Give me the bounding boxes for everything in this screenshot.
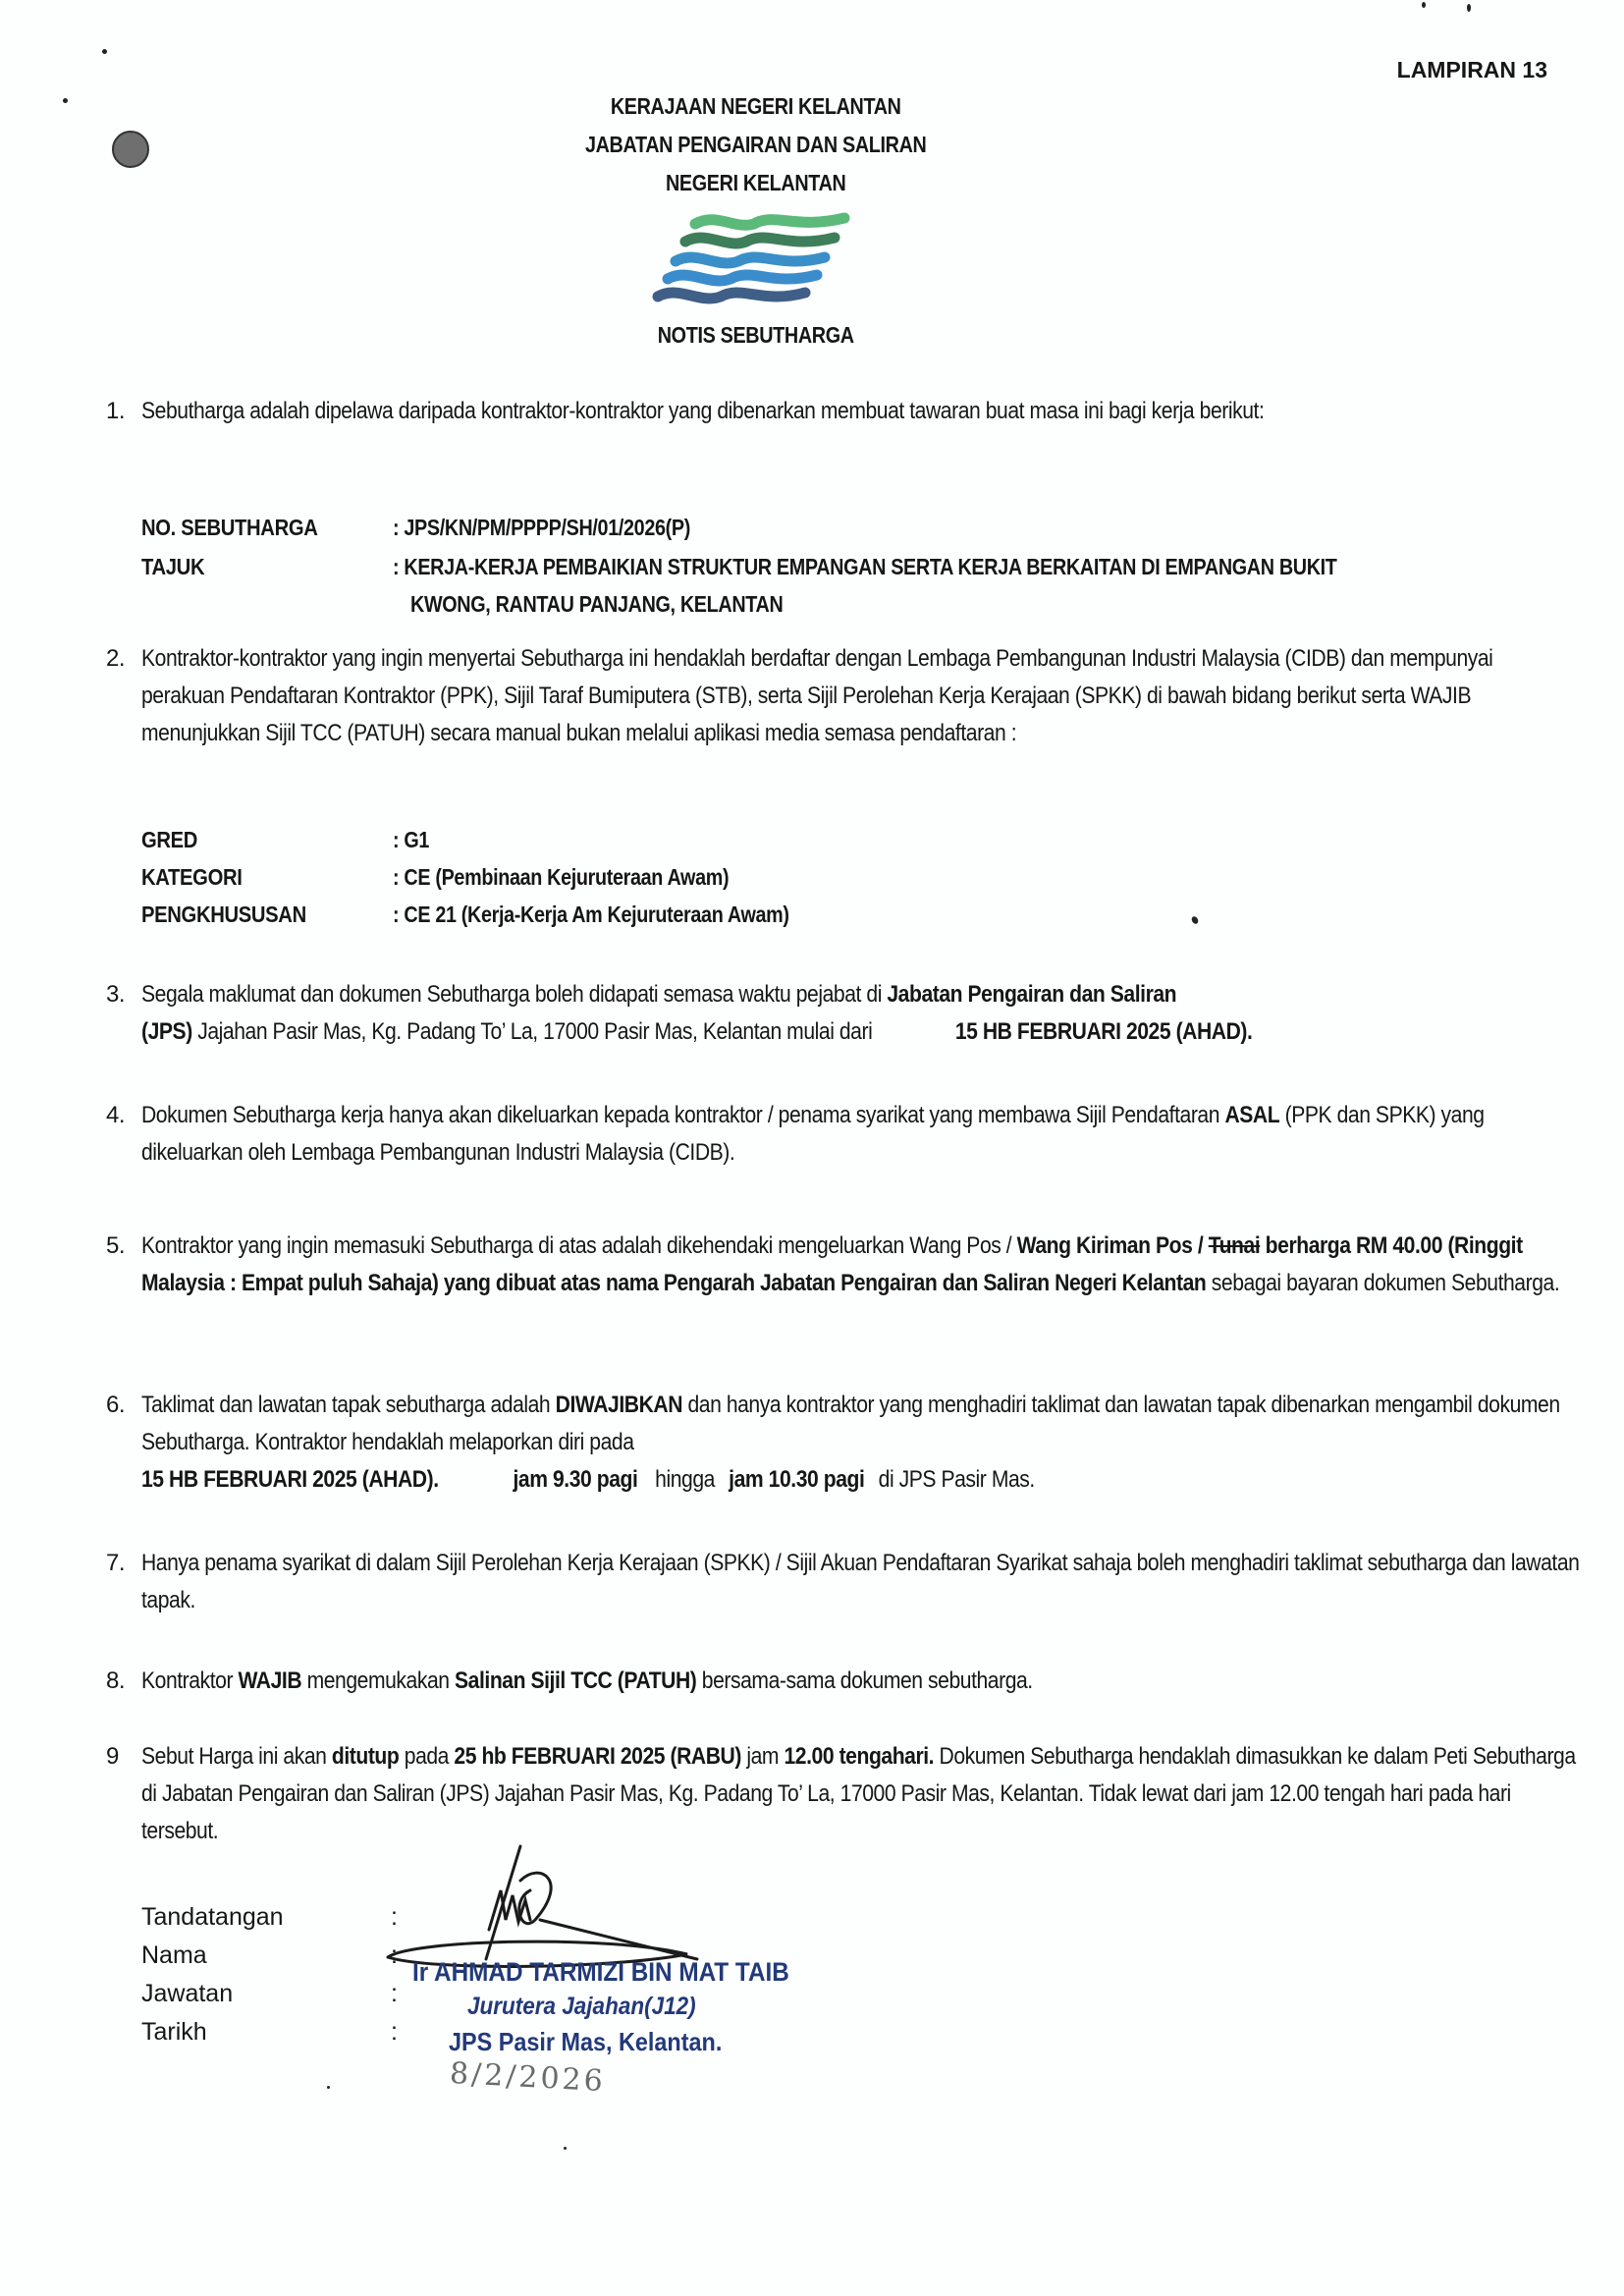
signature-label: Tandatangan <box>141 1898 397 1937</box>
paragraph-1: 1. Sebutharga adalah dipelawa daripada k… <box>106 393 1549 430</box>
paragraph-3: 3. Segala maklumat dan dokumen Sebutharg… <box>106 976 1549 1051</box>
project-title-label: TAJUK <box>141 548 357 585</box>
paragraph-number: 7. <box>106 1545 141 1582</box>
emphasis: WAJIB <box>238 1667 301 1694</box>
paragraph-number: 5. <box>106 1228 141 1265</box>
paragraph-text: Kontraktor yang ingin memasuki Sebutharg… <box>141 1228 1580 1302</box>
category-value: : CE (Pembinaan Kejuruteraan Awam) <box>393 858 1490 896</box>
emphasis: ASAL <box>1224 1102 1279 1128</box>
briefing-date: 15 HB FEBRUARI 2025 (AHAD). <box>141 1466 439 1493</box>
briefing-place: di JPS Pasir Mas. <box>879 1466 1035 1493</box>
paragraph-number: 8. <box>106 1663 141 1700</box>
text: pada <box>399 1743 454 1770</box>
paragraph-text: Sebutharga adalah dipelawa daripada kont… <box>141 393 1580 430</box>
paragraph-number: 9 <box>106 1738 141 1776</box>
date-label: Tarikh <box>141 2013 397 2051</box>
emphasis: ditutup <box>332 1743 399 1770</box>
header-line-3: NEGERI KELANTAN <box>106 170 1406 196</box>
handwritten-date: 8/2/2026 <box>449 2056 606 2099</box>
colon: : <box>391 2013 398 2051</box>
name-label: Nama <box>141 1937 397 1975</box>
paragraph-8: 8. Kontraktor WAJIB mengemukakan Salinan… <box>106 1663 1549 1700</box>
specialisation-value: : CE 21 (Kerja-Kerja Am Kejuruteraan Awa… <box>393 896 1490 933</box>
quotation-number-value: : JPS/KN/PM/PPPP/SH/01/2026(P) <box>393 509 1490 546</box>
project-title-value: : KERJA-KERJA PEMBAIKIAN STRUKTUR EMPANG… <box>393 548 1490 585</box>
text: Jajahan Pasir Mas, Kg. Padang To’ La, 17… <box>192 1018 873 1045</box>
project-title-value-cont: KWONG, RANTAU PANJANG, KELANTAN <box>410 585 1508 623</box>
specialisation-label: PENGKHUSUSAN <box>141 896 357 933</box>
paragraph-number: 1. <box>106 393 141 430</box>
closing-date: 25 hb FEBRUARI 2025 (RABU) <box>454 1743 741 1770</box>
text: sebagai bayaran dokumen Sebutharga. <box>1206 1270 1559 1296</box>
paragraph-number: 6. <box>106 1387 141 1424</box>
header-line-1: KERAJAAN NEGERI KELANTAN <box>106 93 1406 120</box>
document-page: LAMPIRAN 13 KERAJAAN NEGERI KELANTAN JAB… <box>0 0 1624 2296</box>
office-abbr: (JPS) <box>141 1018 192 1045</box>
stamp-office: JPS Pasir Mas, Kelantan. <box>449 2027 722 2057</box>
scan-speck <box>564 2147 567 2150</box>
notice-title: NOTIS SEBUTHARGA <box>106 322 1406 349</box>
paragraph-text: Segala maklumat dan dokumen Sebutharga b… <box>141 976 1580 1051</box>
paragraph-7: 7. Hanya penama syarikat di dalam Sijil … <box>106 1545 1549 1619</box>
emphasis: DIWAJIBKAN <box>556 1392 682 1418</box>
briefing-time-start: jam 9.30 pagi <box>513 1466 637 1493</box>
header-line-2: JABATAN PENGAIRAN DAN SALIRAN <box>106 132 1406 158</box>
text: Kontraktor yang ingin memasuki Sebutharg… <box>141 1232 1017 1259</box>
text: Sebut Harga ini akan <box>141 1743 332 1770</box>
scan-speck <box>1467 4 1471 12</box>
scan-speck <box>102 49 107 54</box>
payment-method: Wang Kiriman Pos / <box>1017 1232 1209 1259</box>
text: jam <box>741 1743 785 1770</box>
scan-speck <box>63 98 68 103</box>
paragraph-text: Taklimat dan lawatan tapak sebutharga ad… <box>141 1387 1580 1499</box>
paragraph-2: 2. Kontraktor-kontraktor yang ingin meny… <box>106 640 1549 752</box>
text: Taklimat dan lawatan tapak sebutharga ad… <box>141 1392 556 1418</box>
struck-payment-method: Tunai <box>1209 1232 1261 1259</box>
position-label: Jawatan <box>141 1975 397 2013</box>
paragraph-text: Dokumen Sebutharga kerja hanya akan dike… <box>141 1097 1580 1172</box>
attachment-label: LAMPIRAN 13 <box>1397 57 1547 83</box>
paragraph-9: 9 Sebut Harga ini akan ditutup pada 25 h… <box>106 1738 1549 1850</box>
text: Dokumen Sebutharga kerja hanya akan dike… <box>141 1102 1224 1128</box>
paragraph-text: Kontraktor WAJIB mengemukakan Salinan Si… <box>141 1663 1580 1700</box>
paragraph-number: 2. <box>106 640 141 678</box>
paragraph-text: Hanya penama syarikat di dalam Sijil Per… <box>141 1545 1580 1619</box>
paragraph-text: Kontraktor-kontraktor yang ingin menyert… <box>141 640 1580 752</box>
paragraph-5: 5. Kontraktor yang ingin memasuki Sebuth… <box>106 1228 1549 1302</box>
scan-speck <box>327 2086 330 2089</box>
stamp-position: Jurutera Jajahan(J12) <box>467 1993 696 2021</box>
scan-speck <box>1422 2 1426 8</box>
paragraph-text: Sebut Harga ini akan ditutup pada 25 hb … <box>141 1738 1580 1850</box>
paragraph-6: 6. Taklimat dan lawatan tapak sebutharga… <box>106 1387 1549 1499</box>
grade-value: : G1 <box>393 821 1490 858</box>
colon: : <box>391 1975 398 2013</box>
category-label: KATEGORI <box>141 858 357 896</box>
paragraph-4: 4. Dokumen Sebutharga kerja hanya akan d… <box>106 1097 1549 1172</box>
text: hingga <box>655 1466 715 1493</box>
quotation-number-label: NO. SEBUTHARGA <box>141 509 357 546</box>
text: mengemukakan <box>301 1667 455 1694</box>
grade-label: GRED <box>141 821 357 858</box>
jps-logo-icon <box>648 206 854 314</box>
paragraph-number: 4. <box>106 1097 141 1134</box>
briefing-time-end: jam 10.30 pagi <box>729 1466 864 1493</box>
paragraph-number: 3. <box>106 976 141 1013</box>
signature-scribble-icon <box>373 1841 766 1969</box>
document-availability-date: 15 HB FEBRUARI 2025 (AHAD). <box>955 1018 1253 1045</box>
text: bersama-sama dokumen sebutharga. <box>696 1667 1032 1694</box>
stamp-name: Ir AHMAD TARMIZI BIN MAT TAIB <box>412 1957 789 1988</box>
emphasis: Salinan Sijil TCC (PATUH) <box>455 1667 696 1694</box>
closing-time: 12.00 tengahari. <box>785 1743 935 1770</box>
office-name: Jabatan Pengairan dan Saliran <box>887 981 1176 1008</box>
text: Segala maklumat dan dokumen Sebutharga b… <box>141 981 887 1008</box>
text: Kontraktor <box>141 1667 238 1694</box>
